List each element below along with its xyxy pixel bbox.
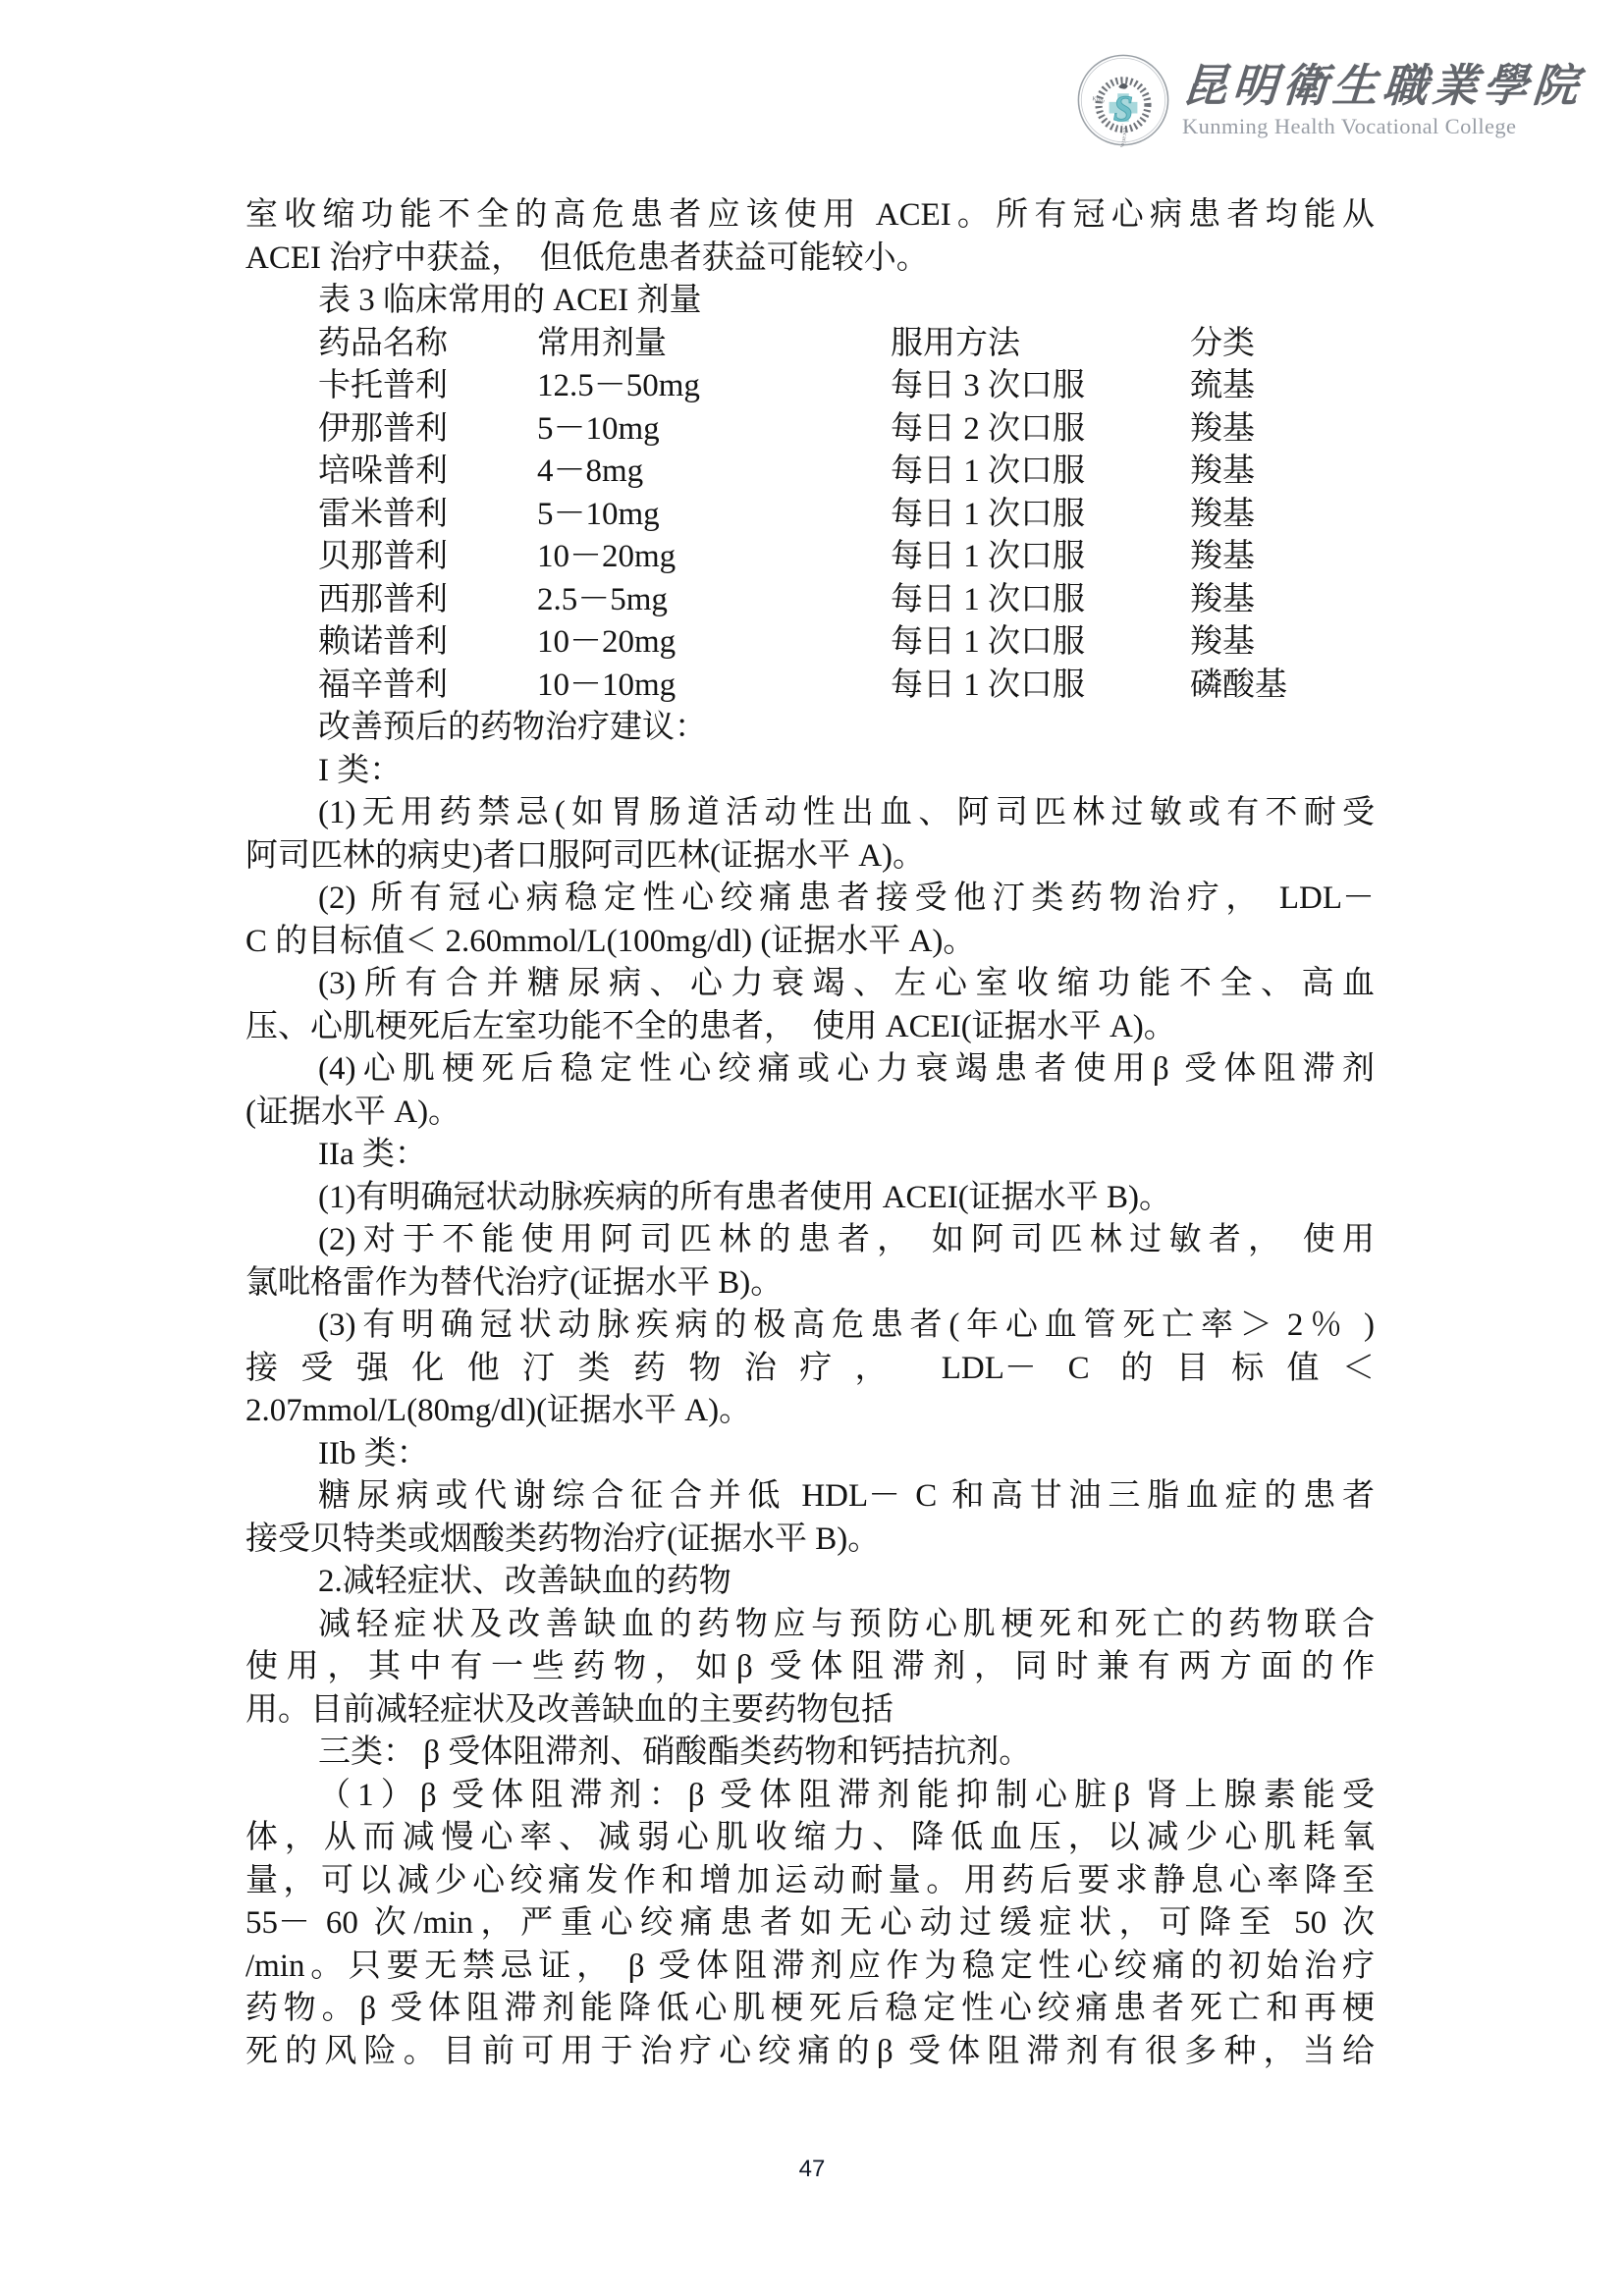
text-line: (证据水平 A)。	[245, 1092, 1375, 1135]
text-line: 用。目前减轻症状及改善缺血的主要药物包括	[245, 1689, 1375, 1733]
table-row: 卡托普利12.5－50mg每日 3 次口服巯基	[245, 365, 1375, 408]
text-line: ACEI 治疗中获益， 但低危患者获益可能较小。	[245, 238, 1375, 281]
text-line: 减轻症状及改善缺血的药物应与预防心肌梗死和死亡的药物联合	[245, 1604, 1375, 1647]
college-seal-icon: Kunming Health Vocational College S	[1076, 53, 1170, 147]
page-content: 室收缩功能不全的高危患者应该使用 ACEI。所有冠心病患者均能从ACEI 治疗中…	[245, 194, 1375, 2073]
document-page: Kunming Health Vocational College S 昆明衛生…	[0, 0, 1624, 2296]
page-number: 47	[0, 2156, 1624, 2183]
body-paragraphs: 改善预后的药物治疗建议：I 类：(1)无用药禁忌(如胃肠道活动性出血、阿司匹林过…	[245, 707, 1375, 2073]
text-line: 体，从而减慢心率、减弱心肌收缩力、降低血压，以减少心肌耗氧	[245, 1817, 1375, 1860]
text-line: C 的目标值＜ 2.60mmol/L(100mg/dl) (证据水平 A)。	[245, 921, 1375, 964]
college-name-calligraphy: 昆明衛生職業學院	[1180, 61, 1585, 113]
text-line: 阿司匹林的病史)者口服阿司匹林(证据水平 A)。	[245, 835, 1375, 879]
text-line: /min。只要无禁忌证， β 受体阻滞剂应作为稳定性心绞痛的初始治疗	[245, 1946, 1375, 1989]
table-cell: 10－10mg	[537, 665, 891, 708]
table-cell: 每日 1 次口服	[891, 451, 1190, 494]
text-line: IIb 类：	[245, 1433, 1375, 1476]
table-cell: 贝那普利	[318, 536, 537, 579]
text-line: 改善预后的药物治疗建议：	[245, 707, 1375, 750]
text-line: (1)无用药禁忌(如胃肠道活动性出血、阿司匹林过敏或有不耐受	[245, 792, 1375, 835]
acei-dosage-table: 药品名称常用剂量服用方法分类卡托普利12.5－50mg每日 3 次口服巯基伊那普…	[245, 323, 1375, 708]
table-cell: 每日 1 次口服	[891, 494, 1190, 537]
table-cell: 巯基	[1190, 365, 1375, 408]
table-cell: 伊那普利	[318, 408, 537, 452]
snake-s-icon: S	[1113, 88, 1133, 129]
text-line: (3)所有合并糖尿病、心力衰竭、左心室收缩功能不全、高血	[245, 963, 1375, 1006]
table-cell: 10－20mg	[537, 536, 891, 579]
text-line: 室收缩功能不全的高危患者应该使用 ACEI。所有冠心病患者均能从	[245, 194, 1375, 238]
text-line: 糖尿病或代谢综合征合并低 HDL－ C 和高甘油三脂血症的患者	[245, 1475, 1375, 1519]
table-cell: 2.5－5mg	[537, 579, 891, 622]
table-cell: 每日 3 次口服	[891, 365, 1190, 408]
table-cell: 羧基	[1190, 408, 1375, 452]
text-line: 接受强化他汀类药物治疗， LDL－ C 的目标值＜	[245, 1348, 1375, 1391]
table-cell: 培哚普利	[318, 451, 537, 494]
table-row: 培哚普利4－8mg每日 1 次口服羧基	[245, 451, 1375, 494]
table-row: 赖诺普利10－20mg每日 1 次口服羧基	[245, 621, 1375, 665]
text-line: 三类： β 受体阻滞剂、硝酸酯类药物和钙拮抗剂。	[245, 1732, 1375, 1775]
table-row: 伊那普利5－10mg每日 2 次口服羧基	[245, 408, 1375, 452]
table-cell: 羧基	[1190, 536, 1375, 579]
text-line: 死的风险。目前可用于治疗心绞痛的β 受体阻滞剂有很多种，当给	[245, 2031, 1375, 2074]
text-line: （1）β 受体阻滞剂：β 受体阻滞剂能抑制心脏β 肾上腺素能受	[245, 1775, 1375, 1818]
table-cell: 分类	[1190, 323, 1375, 366]
table-cell: 雷米普利	[318, 494, 537, 537]
table-cell: 10－20mg	[537, 621, 891, 665]
table-row: 福辛普利10－10mg每日 1 次口服磷酸基	[245, 665, 1375, 708]
table-header-row: 药品名称常用剂量服用方法分类	[245, 323, 1375, 366]
table-cell: 羧基	[1190, 451, 1375, 494]
table-cell: 5－10mg	[537, 408, 891, 452]
text-line: 接受贝特类或烟酸类药物治疗(证据水平 B)。	[245, 1519, 1375, 1562]
table-cell: 4－8mg	[537, 451, 891, 494]
text-line: 使用，其中有一些药物，如β 受体阻滞剂，同时兼有两方面的作	[245, 1646, 1375, 1689]
table-cell: 西那普利	[318, 579, 537, 622]
college-name-english: Kunming Health Vocational College	[1182, 113, 1583, 139]
text-line: 2.07mmol/L(80mg/dl)(证据水平 A)。	[245, 1390, 1375, 1433]
table-cell: 12.5－50mg	[537, 365, 891, 408]
table-cell: 赖诺普利	[318, 621, 537, 665]
table-cell: 每日 1 次口服	[891, 579, 1190, 622]
text-line: 2.减轻症状、改善缺血的药物	[245, 1561, 1375, 1604]
table-cell: 药品名称	[318, 323, 537, 366]
table-cell: 每日 1 次口服	[891, 621, 1190, 665]
text-line: IIa 类：	[245, 1134, 1375, 1177]
college-logo: Kunming Health Vocational College S 昆明衛生…	[1076, 53, 1583, 147]
text-line: (2) 所有冠心病稳定性心绞痛患者接受他汀类药物治疗， LDL－	[245, 878, 1375, 921]
text-line: 55－ 60 次/min，严重心绞痛患者如无心动过缓症状，可降至 50 次	[245, 1902, 1375, 1946]
table-cell: 卡托普利	[318, 365, 537, 408]
college-name-block: 昆明衛生職業學院 Kunming Health Vocational Colle…	[1182, 61, 1583, 140]
text-line: 量，可以减少心绞痛发作和增加运动耐量。用药后要求静息心率降至	[245, 1860, 1375, 1903]
text-line: 压、心肌梗死后左室功能不全的患者， 使用 ACEI(证据水平 A)。	[245, 1006, 1375, 1049]
table-cell: 每日 1 次口服	[891, 536, 1190, 579]
table-cell: 羧基	[1190, 579, 1375, 622]
table-row: 贝那普利10－20mg每日 1 次口服羧基	[245, 536, 1375, 579]
table-row: 雷米普利5－10mg每日 1 次口服羧基	[245, 494, 1375, 537]
text-line: 氯吡格雷作为替代治疗(证据水平 B)。	[245, 1262, 1375, 1306]
text-line: (2)对于不能使用阿司匹林的患者， 如阿司匹林过敏者， 使用	[245, 1219, 1375, 1262]
table-cell: 5－10mg	[537, 494, 891, 537]
table-cell: 服用方法	[891, 323, 1190, 366]
text-line: (4)心肌梗死后稳定性心绞痛或心力衰竭患者使用β 受体阻滞剂	[245, 1048, 1375, 1092]
table-cell: 每日 1 次口服	[891, 665, 1190, 708]
table-cell: 福辛普利	[318, 665, 537, 708]
table-cell: 磷酸基	[1190, 665, 1375, 708]
text-line: (3)有明确冠状动脉疾病的极高危患者(年心血管死亡率＞ 2％ )	[245, 1305, 1375, 1348]
text-line: (1)有明确冠状动脉疾病的所有患者使用 ACEI(证据水平 B)。	[245, 1177, 1375, 1220]
text-line: 药物。β 受体阻滞剂能降低心肌梗死后稳定性心绞痛患者死亡和再梗	[245, 1988, 1375, 2031]
intro-paragraphs: 室收缩功能不全的高危患者应该使用 ACEI。所有冠心病患者均能从ACEI 治疗中…	[245, 194, 1375, 323]
table-cell: 每日 2 次口服	[891, 408, 1190, 452]
table-cell: 羧基	[1190, 621, 1375, 665]
table-cell: 羧基	[1190, 494, 1375, 537]
text-line: I 类：	[245, 750, 1375, 793]
text-line: 表 3 临床常用的 ACEI 剂量	[245, 280, 1375, 323]
table-row: 西那普利2.5－5mg每日 1 次口服羧基	[245, 579, 1375, 622]
table-cell: 常用剂量	[537, 323, 891, 366]
